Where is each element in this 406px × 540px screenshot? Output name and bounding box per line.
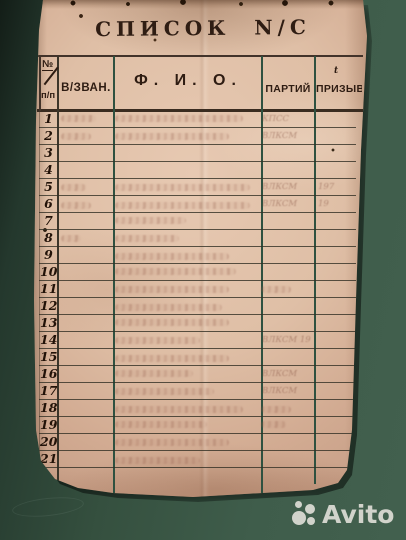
row-number: 10 bbox=[40, 264, 57, 280]
faded-handwriting bbox=[115, 133, 229, 140]
notebook-page: СПИСОК N/С № п/п В/ЗВАН. Ф. И. О. ПАРТИЙ… bbox=[33, 0, 367, 499]
faded-handwriting bbox=[115, 421, 207, 428]
row-number: 18 bbox=[40, 400, 57, 416]
row-number: 16 bbox=[40, 366, 57, 382]
col-num-label-bottom: п/п bbox=[41, 90, 55, 101]
binding-edge bbox=[33, 0, 367, 9]
row-number: 13 bbox=[40, 315, 57, 331]
faded-handwriting bbox=[115, 268, 236, 275]
table-row: 20 bbox=[39, 434, 356, 451]
faded-handwriting bbox=[115, 370, 193, 377]
faded-handwriting bbox=[115, 286, 229, 293]
faded-handwriting bbox=[115, 439, 229, 446]
table-row: 8 bbox=[39, 230, 356, 247]
faded-handwriting bbox=[61, 133, 91, 140]
faded-handwriting bbox=[115, 184, 250, 191]
faded-handwriting bbox=[115, 337, 200, 344]
faded-handwriting bbox=[115, 304, 222, 311]
watermark-text: Avito bbox=[322, 501, 394, 529]
col-num-label-top: № bbox=[42, 59, 53, 71]
col-party-label: ПАРТИЙ bbox=[262, 83, 314, 95]
faded-handwriting-text: ВЛКСМ bbox=[262, 128, 297, 145]
row-number: 1 bbox=[40, 111, 57, 127]
faded-handwriting bbox=[261, 286, 291, 293]
faded-handwriting bbox=[115, 388, 214, 395]
row-number: 9 bbox=[40, 247, 57, 263]
faded-handwriting bbox=[115, 253, 229, 260]
col-draft-label: ПРИЗЫВ bbox=[316, 83, 362, 95]
faded-handwriting bbox=[61, 115, 96, 122]
table-row: 11 bbox=[39, 281, 356, 298]
table-row: 17ВЛКСМ bbox=[39, 383, 356, 400]
row-number: 14 bbox=[40, 332, 57, 348]
avito-watermark: Avito bbox=[292, 501, 394, 529]
row-number: 20 bbox=[40, 434, 57, 450]
faded-handwriting-text: КПСС bbox=[262, 111, 289, 128]
table-row: 14ВЛКСМ 19 bbox=[39, 332, 356, 349]
faded-handwriting-text: ВЛКСМ bbox=[262, 179, 297, 196]
faded-handwriting-text: ВЛКСМ bbox=[262, 383, 297, 400]
col-name-label: Ф. И. О. bbox=[115, 72, 261, 90]
faded-handwriting bbox=[115, 235, 179, 242]
row-number: 12 bbox=[40, 298, 57, 314]
row-number: 15 bbox=[40, 349, 57, 365]
faded-handwriting bbox=[115, 115, 243, 122]
col-draft-superscript: t bbox=[334, 66, 338, 76]
faded-handwriting bbox=[61, 202, 91, 209]
faded-handwriting bbox=[115, 355, 229, 362]
table-row: 3 bbox=[39, 145, 356, 162]
table-row: 5ВЛКСМ197 bbox=[39, 179, 356, 196]
row-number: 11 bbox=[40, 281, 57, 297]
faded-handwriting bbox=[61, 235, 81, 242]
faded-handwriting bbox=[115, 202, 250, 209]
table-row: 21 bbox=[39, 451, 356, 468]
table-row: 12 bbox=[39, 298, 356, 315]
row-number: 7 bbox=[40, 213, 57, 229]
surface-scratch bbox=[11, 494, 84, 519]
row-number: 8 bbox=[40, 230, 57, 246]
faded-handwriting-text: ВЛКСМ bbox=[262, 196, 297, 213]
avito-logo-icon bbox=[292, 501, 318, 529]
page-title: СПИСОК N/С bbox=[91, 15, 315, 41]
faded-handwriting-text: ВЛКСМ 19 bbox=[262, 332, 311, 349]
table-row: 13 bbox=[39, 315, 356, 332]
table-row: 4 bbox=[39, 162, 356, 179]
faded-handwriting bbox=[61, 184, 86, 191]
photo-background: СПИСОК N/С № п/п В/ЗВАН. Ф. И. О. ПАРТИЙ… bbox=[0, 0, 406, 540]
row-number: 19 bbox=[40, 417, 57, 433]
faded-handwriting-text: 19 bbox=[318, 196, 329, 213]
table-row: 16ВЛКСМ bbox=[39, 366, 356, 383]
table-body: 1КПСС2ВЛКСМ345ВЛКСМ1976ВЛКСМ197891011121… bbox=[39, 111, 356, 468]
table-row: 6ВЛКСМ19 bbox=[39, 196, 356, 213]
row-number: 21 bbox=[40, 451, 57, 467]
row-number: 3 bbox=[40, 145, 57, 161]
table-row: 7 bbox=[39, 213, 356, 230]
faded-handwriting bbox=[261, 421, 286, 428]
row-number: 4 bbox=[40, 162, 57, 178]
table-row: 18 bbox=[39, 400, 356, 417]
faded-handwriting bbox=[115, 457, 200, 464]
table-row: 10 bbox=[39, 264, 356, 281]
faded-handwriting bbox=[115, 406, 243, 413]
faded-handwriting bbox=[115, 319, 229, 326]
row-number: 17 bbox=[40, 383, 57, 399]
table-row: 2ВЛКСМ bbox=[39, 128, 356, 145]
table-row: 19 bbox=[39, 417, 356, 434]
row-number: 6 bbox=[40, 196, 57, 212]
table-border bbox=[39, 56, 41, 111]
faded-handwriting-text: ВЛКСМ bbox=[262, 366, 297, 383]
col-rank-label: В/ЗВАН. bbox=[59, 82, 113, 94]
faded-handwriting bbox=[115, 217, 186, 224]
table-row: 9 bbox=[39, 247, 356, 264]
table-row: 15 bbox=[39, 349, 356, 366]
faded-handwriting bbox=[261, 406, 291, 413]
row-number: 5 bbox=[40, 179, 57, 195]
row-number: 2 bbox=[40, 128, 57, 144]
table-row: 1КПСС bbox=[39, 111, 356, 128]
faded-handwriting-text: 197 bbox=[318, 179, 334, 196]
